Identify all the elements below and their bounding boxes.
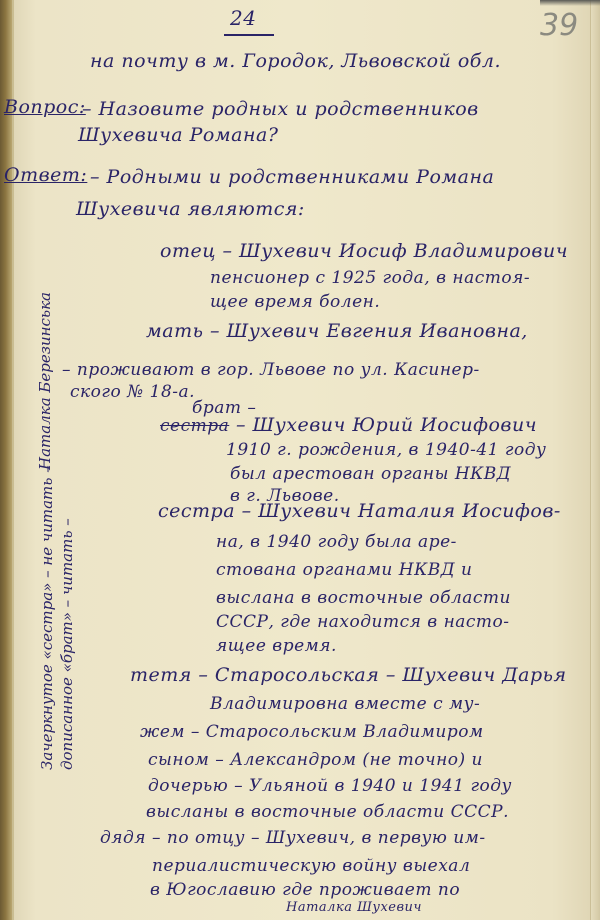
question-label: Вопрос: (4, 96, 86, 118)
aunt-line-1: тетя – Старосольская – Шухевич Дарья (130, 664, 567, 686)
margin-correction-note-1: Зачеркнутое «сестра» – не читать – (38, 465, 56, 770)
aunt-line-6: высланы в восточные области СССР. (146, 802, 509, 822)
sister-line-3: стована органами НКВД и (216, 560, 472, 580)
father-line-3: щее время болен. (210, 292, 380, 312)
uncle-line-1: дядя – по отцу – Шухевич, в первую им- (100, 828, 486, 848)
folio-number: 24 (230, 6, 256, 30)
sister-line-6: ящее время. (216, 636, 337, 656)
archive-page-number: 39 (540, 8, 578, 43)
signature: Наталка Шухевич (286, 900, 422, 915)
uncle-line-3: в Югославию где проживает по (150, 880, 460, 900)
brother-line-2: 1910 г. рождения, в 1940-41 году (226, 440, 546, 460)
margin-line (12, 0, 14, 920)
scan-shadow (540, 0, 600, 6)
answer-line-2: Шухевича являются: (76, 198, 305, 220)
sister-line-1: сестра – Шухевич Наталия Иосифов- (158, 500, 561, 522)
aunt-line-2: Владимировна вместе с му- (210, 694, 480, 714)
answer-label: Ответ: (4, 164, 87, 186)
page-right-edge (590, 0, 600, 920)
father-line-2: пенсионер с 1925 года, в настоя- (210, 268, 530, 288)
header-line: на почту в м. Городок, Львовской обл. (90, 50, 501, 72)
sister-line-4: выслана в восточные области (216, 588, 511, 608)
mother-line-1: мать – Шухевич Евгения Ивановна, (146, 320, 528, 342)
aunt-line-3: жем – Старосольским Владимиром (140, 722, 484, 742)
margin-signature: Наталка Березинська (36, 292, 54, 470)
mother-line-3: ского № 18-а. (70, 382, 195, 402)
uncle-line-2: периалистическую войну выехал (152, 856, 470, 876)
sister-line-5: СССР, где находится в насто- (216, 612, 510, 632)
aunt-line-4: сыном – Александром (не точно) и (148, 750, 483, 770)
folio-underline (224, 34, 274, 36)
father-line-1: отец – Шухевич Иосиф Владимирович (160, 240, 568, 262)
aunt-line-5: дочерью – Ульяной в 1940 и 1941 году (148, 776, 512, 796)
brother-line-1: – Шухевич Юрий Иосифович (236, 414, 537, 436)
brother-line-3: был арестован органы НКВД (230, 464, 511, 484)
answer-line-1: – Родными и родственниками Романа (90, 166, 494, 188)
struck-word: сестра (160, 416, 229, 436)
binding-edge (0, 0, 12, 920)
margin-correction-note-2: дописанное «брат» – читать – (58, 518, 76, 770)
question-line-2: Шухевича Романа? (78, 124, 278, 146)
sister-line-2: на, в 1940 году была аре- (216, 532, 457, 552)
question-line-1: – Назовите родных и родственников (82, 98, 479, 120)
mother-line-2: – проживают в гор. Львове по ул. Касинер… (62, 360, 480, 380)
